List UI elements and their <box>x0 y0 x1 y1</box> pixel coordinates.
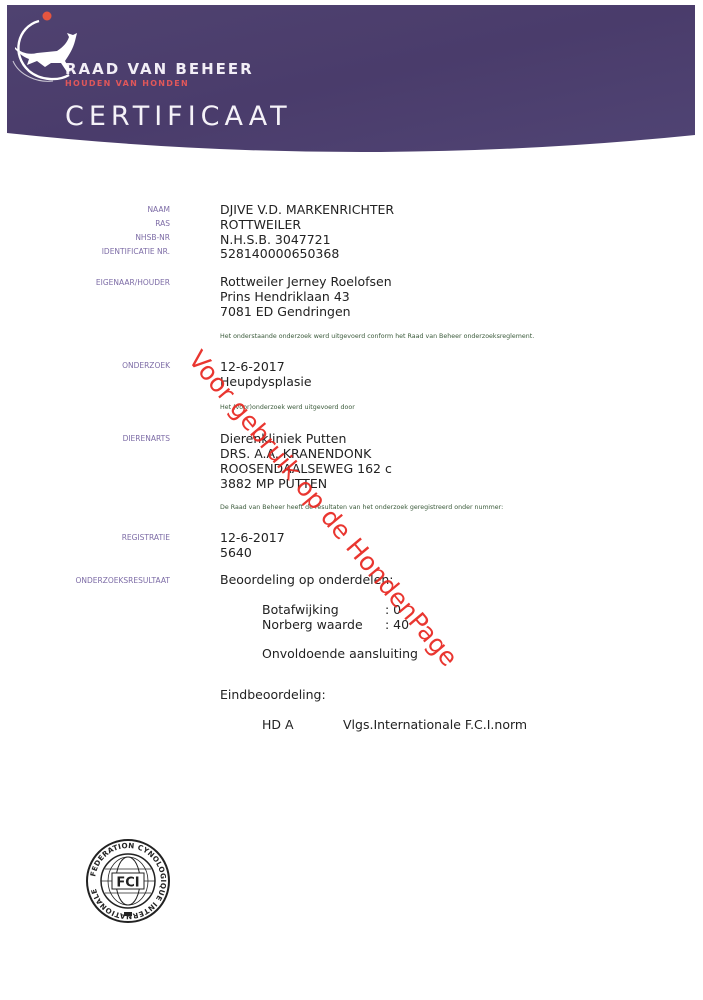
exam-type: Heupdysplasie <box>220 375 312 390</box>
label-ras: RAS <box>155 219 170 228</box>
owner-line: Prins Hendriklaan 43 <box>220 290 350 305</box>
fci-logo-icon: FEDERATION CYNOLOGIQUE INTERNATIONALE FC… <box>85 838 171 924</box>
label-onderzoeksresultaat: ONDERZOEKSRESULTAAT <box>75 576 170 585</box>
label-nhsb: NHSB-NR <box>135 233 170 242</box>
final-heading: Eindbeoordeling: <box>220 688 326 703</box>
label-identificatie: IDENTIFICATIE NR. <box>102 247 170 256</box>
final-norm: Vlgs.Internationale F.C.I.norm <box>343 718 527 733</box>
result-item-name: Norberg waarde <box>262 618 363 633</box>
dog-name: DJIVE V.D. MARKENRICHTER <box>220 203 394 218</box>
dog-identification-number: 528140000650368 <box>220 247 339 262</box>
note-conform: Het onderstaande onderzoek werd uitgevoe… <box>220 333 534 340</box>
result-item-value: : 0 <box>385 603 401 618</box>
note-performed-by: Het (voor)onderzoek werd uitgevoerd door <box>220 404 355 411</box>
label-dierenarts: DIERENARTS <box>123 434 170 443</box>
label-naam: NAAM <box>147 205 170 214</box>
owner-line: Rottweiler Jerney Roelofsen <box>220 275 392 290</box>
certificate-title: CERTIFICAAT <box>65 101 292 132</box>
result-remark: Onvoldoende aansluiting <box>262 647 418 662</box>
registration-date: 12-6-2017 <box>220 531 285 546</box>
result-heading: Beoordeling op onderdelen: <box>220 573 393 588</box>
vet-line: ROOSENDAALSEWEG 162 c <box>220 462 392 477</box>
label-registratie: REGISTRATIE <box>122 533 170 542</box>
label-eigenaar: EIGENAAR/HOUDER <box>96 278 170 287</box>
registration-number: 5640 <box>220 546 252 561</box>
owner-line: 7081 ED Gendringen <box>220 305 351 320</box>
certificate-header: RAAD VAN BEHEER HOUDEN VAN HONDEN CERTIF… <box>7 5 695 155</box>
label-onderzoek: ONDERZOEK <box>122 361 170 370</box>
vet-line: 3882 MP PUTTEN <box>220 477 327 492</box>
result-item-name: Botafwijking <box>262 603 339 618</box>
leaping-dog-logo-icon <box>7 5 97 85</box>
exam-date: 12-6-2017 <box>220 360 285 375</box>
dog-breed: ROTTWEILER <box>220 218 301 233</box>
vet-line: DRS. A.A. KRANENDONK <box>220 447 371 462</box>
result-item-value: : 40 <box>385 618 409 633</box>
final-grade: HD A <box>262 718 294 733</box>
note-registered: De Raad van Beheer heeft de resultaten v… <box>220 504 503 511</box>
fci-center-text: FCI <box>116 876 139 891</box>
vet-line: Dierenkliniek Putten <box>220 432 346 447</box>
